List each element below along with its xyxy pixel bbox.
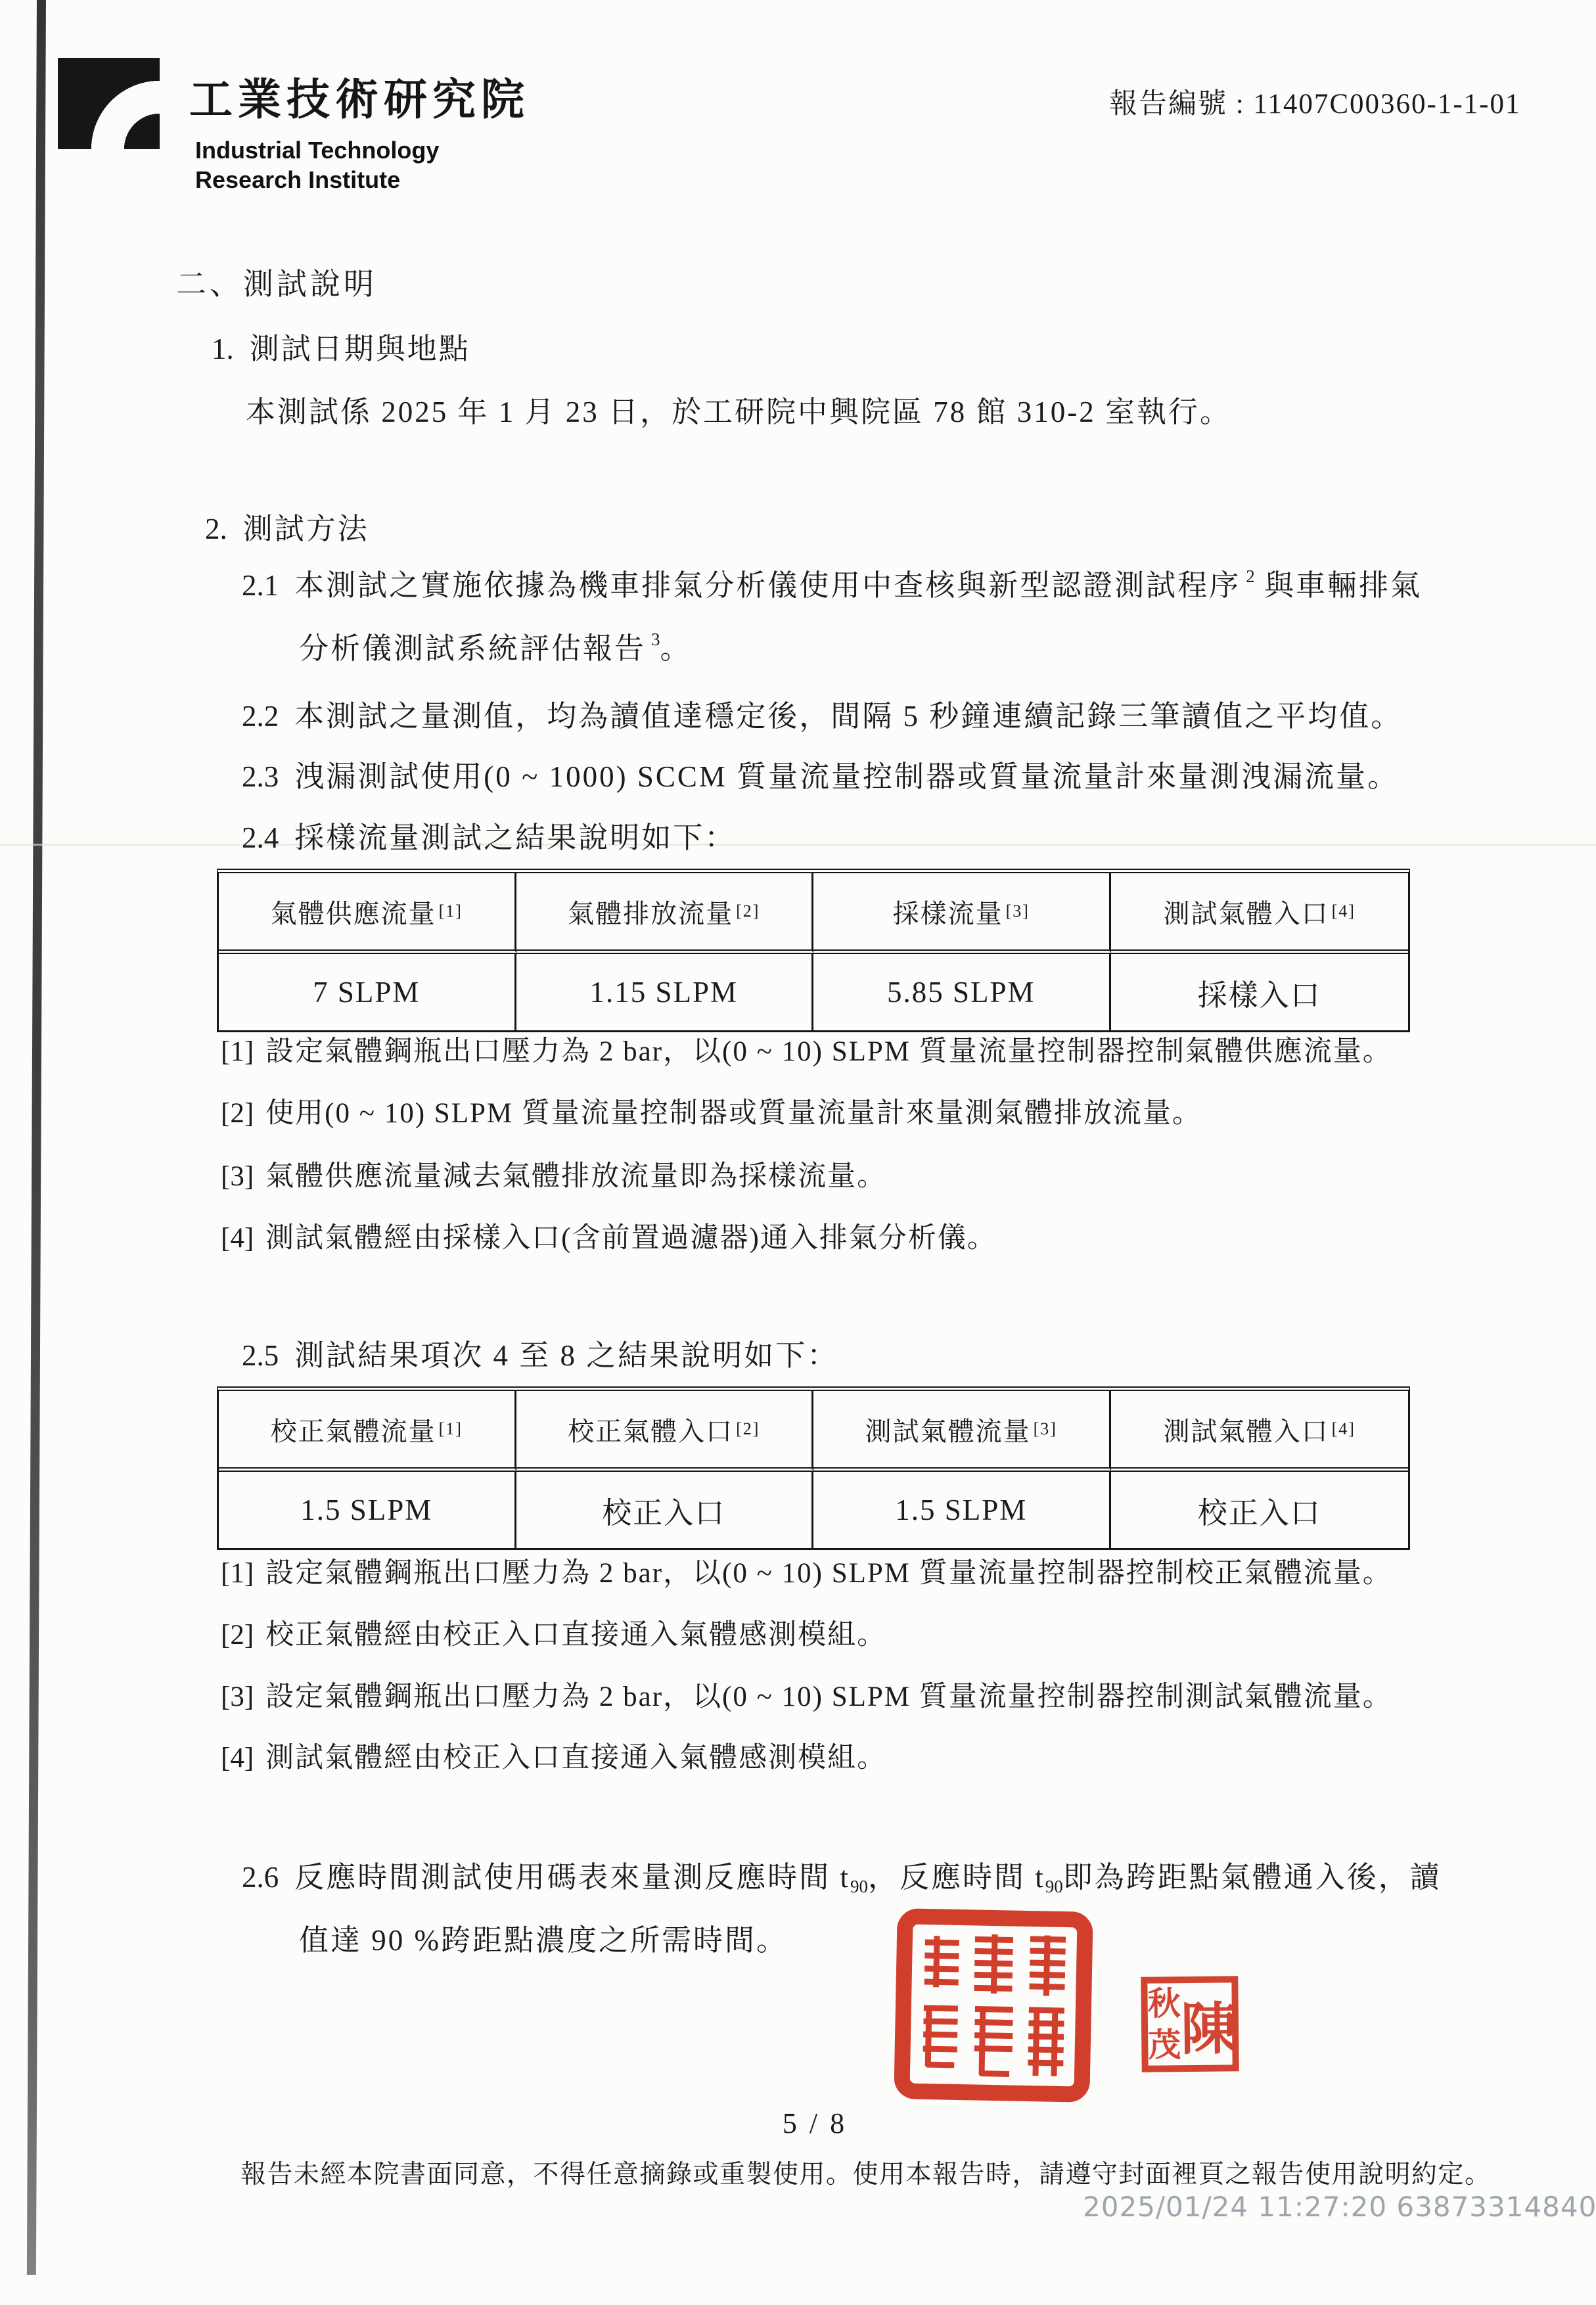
confidentiality-note: 報告未經本院書面同意，不得任意摘錄或重製使用。使用本報告時，請遵守封面裡頁之報告… — [240, 2154, 1492, 2191]
item-2-title: 2.測試方法 — [205, 505, 369, 547]
org-subtitle: Industrial Technology Research Institute — [195, 135, 439, 194]
method-2-3-number: 2.3 — [242, 760, 279, 794]
org-title: 工業技術研究院 — [189, 64, 530, 127]
name-seal-char-qiu: 秋 — [1147, 1987, 1181, 2020]
table1-header-4-ref: [4] — [1332, 901, 1356, 921]
item-1-title-text: 測試日期與地點 — [250, 332, 470, 365]
method-2-5-number: 2.5 — [242, 1338, 279, 1373]
table2-footnote-1-text: 設定氣體鋼瓶出口壓力為 2 bar，以(0 ~ 10) SLPM 質量流量控制器… — [265, 1558, 1392, 1589]
method-2-1-text-b: 與車輛排氣 — [1264, 569, 1422, 602]
table1-header-2-ref: [2] — [736, 901, 760, 921]
sampling-flow-table: 氣體供應流量[1] 氣體排放流量[2] 採樣流量[3] 測試氣體入口[4] 7 … — [217, 869, 1410, 1032]
footnote-ref-3: 3 — [651, 629, 660, 649]
table1-header-1-label: 氣體供應流量 — [271, 893, 436, 930]
method-2-1-text-d: 。 — [660, 632, 692, 665]
method-2-1-line-1: 2.1本測試之實施依據為機車排氣分析儀使用中查核與新型認證測試程序2 與車輛排氣 — [242, 561, 1422, 604]
table1-footnote-4-text: 測試氣體經由採樣入口(含前置過濾器)通入排氣分析儀。 — [265, 1223, 997, 1254]
table2-footnote-2-ref: [2] — [221, 1619, 254, 1651]
item-1-title: 1.測試日期與地點 — [212, 325, 470, 367]
scanned-report-page: 工業技術研究院 Industrial Technology Research I… — [0, 0, 1596, 2305]
item-1-body: 本測試係 2025 年 1 月 23 日，於工研院中興院區 78 館 310-2… — [246, 388, 1231, 430]
item-2-title-text: 測試方法 — [243, 513, 369, 545]
table1-footnote-1-ref: [1] — [221, 1036, 254, 1068]
t90-subscript-2: 90 — [1045, 1877, 1063, 1896]
method-2-2-text: 本測試之量測值，均為讀值達穩定後，間隔 5 秒鐘連續記錄三筆讀值之平均值。 — [294, 700, 1402, 733]
table2-footnote-3-ref: [3] — [221, 1681, 254, 1713]
table1-header-2-label: 氣體排放流量 — [568, 893, 733, 930]
footnote-ref-2: 2 — [1246, 566, 1255, 586]
table1-header-1-ref: [1] — [439, 901, 463, 921]
table2-value-4: 校正入口 — [1111, 1472, 1409, 1548]
method-2-1-line-2: 分析儀測試系統評估報告3。 — [299, 624, 692, 667]
scan-artifact-line — [27, 0, 46, 2275]
scan-artifact-faint-line — [0, 844, 1596, 846]
report-number-label: 報告編號 : — [1109, 89, 1245, 120]
table2-value-1: 1.5 SLPM — [219, 1472, 516, 1548]
table1-footnote-2: [2]使用(0 ~ 10) SLPM 質量流量控制器或質量流量計來量測氣體排放流… — [221, 1091, 1202, 1131]
table1-footnote-4-ref: [4] — [221, 1222, 254, 1254]
table1-footnote-4: [4]測試氣體經由採樣入口(含前置過濾器)通入排氣分析儀。 — [221, 1216, 997, 1256]
report-number: 報告編號 : 11407C00360-1-1-01 — [1109, 81, 1521, 122]
table1-value-4: 採樣入口 — [1111, 954, 1409, 1030]
table2-footnote-1: [1]設定氣體鋼瓶出口壓力為 2 bar，以(0 ~ 10) SLPM 質量流量… — [221, 1551, 1392, 1591]
table1-footnote-1: [1]設定氣體鋼瓶出口壓力為 2 bar，以(0 ~ 10) SLPM 質量流量… — [221, 1029, 1392, 1069]
method-2-6-text-b: ，反應時間 t — [868, 1861, 1045, 1894]
method-2-3: 2.3洩漏測試使用(0 ~ 1000) SCCM 質量流量控制器或質量流量計來量… — [242, 752, 1399, 795]
t90-subscript-1: 90 — [850, 1877, 868, 1896]
method-2-6-text-a: 反應時間測試使用碼表來量測反應時間 t — [294, 1861, 850, 1894]
table1-footnote-3: [3]氣體供應流量減去氣體排放流量即為採樣流量。 — [221, 1154, 886, 1194]
table2-header-4-ref: [4] — [1332, 1419, 1356, 1439]
table1-header-2: 氣體排放流量[2] — [516, 873, 814, 954]
table2-header-3-ref: [3] — [1034, 1419, 1057, 1439]
calibration-flow-table: 校正氣體流量[1] 校正氣體入口[2] 測試氣體流量[3] 測試氣體入口[4] … — [217, 1386, 1410, 1550]
method-2-6-line-2: 值達 90 %跨距點濃度之所需時間。 — [299, 1916, 788, 1959]
item-2-number: 2. — [205, 512, 227, 546]
method-2-6-number: 2.6 — [242, 1860, 279, 1894]
table1-footnote-3-ref: [3] — [221, 1160, 254, 1193]
method-2-6-line-1: 2.6反應時間測試使用碼表來量測反應時間 t90，反應時間 t90即為跨距點氣體… — [242, 1853, 1442, 1897]
table1-footnote-3-text: 氣體供應流量減去氣體排放流量即為採樣流量。 — [265, 1161, 886, 1192]
table1-header-3: 採樣流量[3] — [813, 873, 1111, 954]
method-2-4-number: 2.4 — [242, 821, 279, 855]
table2-footnote-4-text: 測試氣體經由校正入口直接通入氣體感測模組。 — [265, 1743, 886, 1773]
section-heading: 二、測試說明 — [176, 260, 377, 304]
method-2-2-number: 2.2 — [242, 699, 279, 733]
table2-footnote-1-ref: [1] — [221, 1557, 254, 1589]
method-2-5-text: 測試結果項次 4 至 8 之結果說明如下： — [294, 1339, 838, 1372]
table2-header-1: 校正氣體流量[1] — [219, 1391, 516, 1472]
name-seal-char-mao: 茂 — [1148, 2028, 1181, 2062]
table1-header-3-ref: [3] — [1006, 901, 1030, 921]
page-number: 5 / 8 — [762, 2107, 867, 2140]
table2-header-1-label: 校正氣體流量 — [271, 1411, 436, 1448]
table2-value-2: 校正入口 — [516, 1472, 814, 1548]
scan-timestamp: 2025/01/24 11:27:20 638733148400756282 — [1083, 2191, 1596, 2223]
method-2-5: 2.5測試結果項次 4 至 8 之結果說明如下： — [242, 1331, 838, 1374]
official-seal-stamp — [893, 1907, 1094, 2103]
method-2-6-text-c: 即為跨距點氣體通入後，讀 — [1063, 1861, 1442, 1894]
table1-footnote-1-text: 設定氣體鋼瓶出口壓力為 2 bar，以(0 ~ 10) SLPM 質量流量控制器… — [265, 1036, 1392, 1067]
report-number-value: 11407C00360-1-1-01 — [1253, 89, 1520, 120]
table2-footnote-3-text: 設定氣體鋼瓶出口壓力為 2 bar，以(0 ~ 10) SLPM 質量流量控制器… — [265, 1681, 1392, 1712]
method-2-4: 2.4採樣流量測試之結果說明如下： — [242, 813, 736, 856]
table2-footnote-3: [3]設定氣體鋼瓶出口壓力為 2 bar，以(0 ~ 10) SLPM 質量流量… — [221, 1674, 1392, 1714]
table2-header-2-label: 校正氣體入口 — [568, 1411, 733, 1448]
table2-value-3: 1.5 SLPM — [813, 1472, 1111, 1548]
table1-header-4-label: 測試氣體入口 — [1164, 893, 1329, 930]
name-seal-left-column: 秋 茂 — [1147, 1983, 1181, 2066]
table2-header-4: 測試氣體入口[4] — [1111, 1391, 1409, 1472]
table2-header-3: 測試氣體流量[3] — [813, 1391, 1111, 1472]
table2-header-2: 校正氣體入口[2] — [516, 1391, 814, 1472]
table1-header-1: 氣體供應流量[1] — [219, 873, 516, 954]
method-2-1-text-a: 本測試之實施依據為機車排氣分析儀使用中查核與新型認證測試程序 — [294, 569, 1241, 602]
table2-footnote-4-ref: [4] — [221, 1742, 254, 1774]
itri-logo-icon — [58, 58, 160, 149]
table2-header-3-label: 測試氣體流量 — [865, 1411, 1031, 1448]
name-seal-char-chen: 陳 — [1180, 1982, 1237, 2065]
table1-header-4: 測試氣體入口[4] — [1111, 873, 1409, 954]
table1-footnote-2-text: 使用(0 ~ 10) SLPM 質量流量控制器或質量流量計來量測氣體排放流量。 — [265, 1098, 1202, 1129]
table1-value-2: 1.15 SLPM — [516, 954, 814, 1030]
table2-header-4-label: 測試氣體入口 — [1164, 1411, 1329, 1448]
table2-footnote-2: [2]校正氣體經由校正入口直接通入氣體感測模組。 — [221, 1612, 886, 1653]
table2-footnote-2-text: 校正氣體經由校正入口直接通入氣體感測模組。 — [265, 1620, 886, 1651]
table2-header-1-ref: [1] — [439, 1419, 463, 1439]
table1-value-1: 7 SLPM — [219, 954, 516, 1030]
item-1-number: 1. — [212, 332, 234, 366]
method-2-1-number: 2.1 — [242, 568, 279, 603]
method-2-1-text-c: 分析儀測試系統評估報告 — [299, 632, 646, 665]
table2-header-2-ref: [2] — [736, 1419, 760, 1439]
name-seal-stamp: 秋 茂 陳 — [1141, 1976, 1239, 2072]
table2-footnote-4: [4]測試氣體經由校正入口直接通入氣體感測模組。 — [221, 1735, 886, 1775]
table1-footnote-2-ref: [2] — [221, 1097, 254, 1130]
method-2-4-text: 採樣流量測試之結果說明如下： — [294, 821, 736, 854]
table1-value-3: 5.85 SLPM — [813, 954, 1111, 1030]
method-2-2: 2.2本測試之量測值，均為讀值達穩定後，間隔 5 秒鐘連續記錄三筆讀值之平均值。 — [242, 692, 1402, 735]
table1-header-3-label: 採樣流量 — [893, 893, 1003, 930]
method-2-3-text: 洩漏測試使用(0 ~ 1000) SCCM 質量流量控制器或質量流量計來量測洩漏… — [294, 760, 1399, 793]
